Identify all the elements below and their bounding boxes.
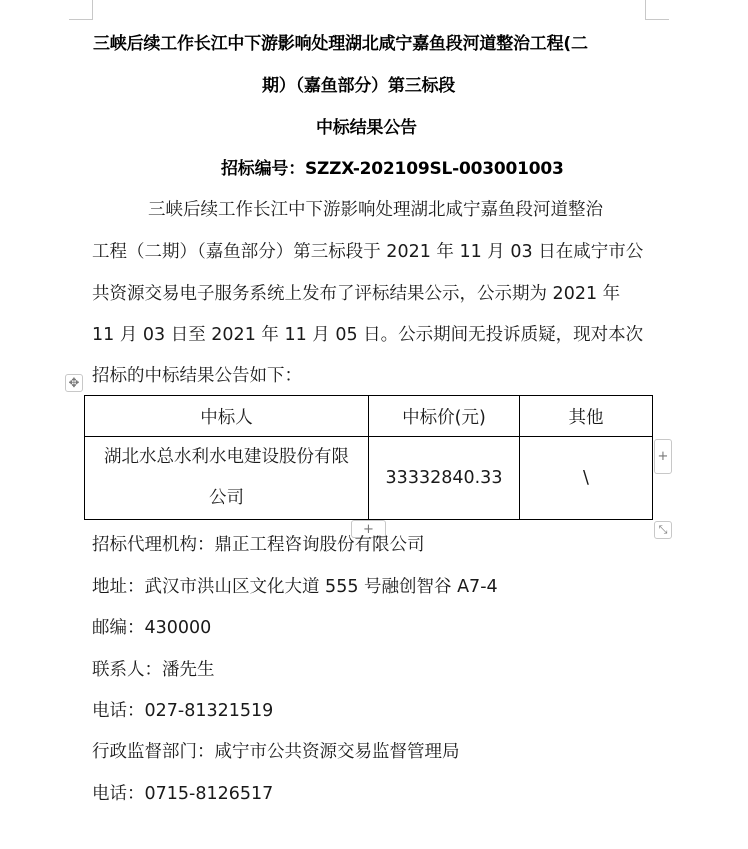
cell-price: 33332840.33 (369, 437, 520, 520)
crop-mark-top-left-v (92, 0, 93, 19)
body-line-2: 工程（二期）（嘉鱼部分）第三标段于 2021 年 11 月 03 日在咸宁市公 (92, 238, 643, 263)
document-title-line2: 期）（嘉鱼部分）第三标段 (262, 71, 455, 96)
bid-number: 招标编号：SZZX-202109SL-003001003 (221, 154, 564, 179)
document-subtitle: 中标结果公告 (316, 113, 417, 138)
address-line: 地址：武汉市洪山区文化大道 555 号融创智谷 A7-4 (92, 573, 498, 598)
cell-other: \ (520, 437, 653, 520)
document-title-line1: 三峡后续工作长江中下游影响处理湖北咸宁嘉鱼段河道整治工程(二 (93, 29, 588, 54)
body-line-4: 11 月 03 日至 2021 年 11 月 05 日。公示期间无投诉质疑，现对… (92, 321, 643, 346)
table-resize-handle[interactable]: ⤡ (654, 521, 672, 539)
resize-icon: ⤡ (659, 523, 668, 537)
contact-person-line: 联系人：潘先生 (92, 656, 215, 681)
winner-line2: 公司 (85, 478, 368, 519)
body-line-1: 三峡后续工作长江中下游影响处理湖北咸宁嘉鱼段河道整治 (148, 196, 603, 221)
supervisor-phone-line: 电话：0715-8126517 (92, 780, 273, 805)
table-header-row: 中标人 中标价(元) 其他 (85, 396, 653, 437)
crop-mark-top-right-h (645, 19, 669, 20)
plus-icon: + (658, 449, 669, 464)
header-other: 其他 (520, 396, 653, 437)
add-column-button[interactable]: + (654, 439, 672, 474)
header-winner: 中标人 (85, 396, 369, 437)
body-line-5: 招标的中标结果公告如下： (92, 362, 302, 387)
postcode-line: 邮编：430000 (92, 614, 211, 639)
body-line-3: 共资源交易电子服务系统上发布了评标结果公示，公示期为 2021 年 (92, 280, 620, 305)
header-price: 中标价(元) (369, 396, 520, 437)
winner-line1: 湖北水总水利水电建设股份有限 (85, 437, 368, 478)
cell-winner: 湖北水总水利水电建设股份有限 公司 (85, 437, 369, 520)
crop-mark-top-left-h (69, 19, 93, 20)
move-icon: ✥ (69, 376, 80, 391)
crop-mark-top-right-v (645, 0, 646, 19)
table-move-handle[interactable]: ✥ (65, 374, 83, 392)
phone-line: 电话：027-81321519 (92, 697, 273, 722)
table-row: 湖北水总水利水电建设股份有限 公司 33332840.33 \ (85, 437, 653, 520)
agency-line: 招标代理机构：鼎正工程咨询股份有限公司 (92, 531, 425, 556)
supervisor-line: 行政监督部门：咸宁市公共资源交易监督管理局 (92, 738, 460, 763)
award-result-table: 中标人 中标价(元) 其他 湖北水总水利水电建设股份有限 公司 33332840… (84, 395, 653, 520)
